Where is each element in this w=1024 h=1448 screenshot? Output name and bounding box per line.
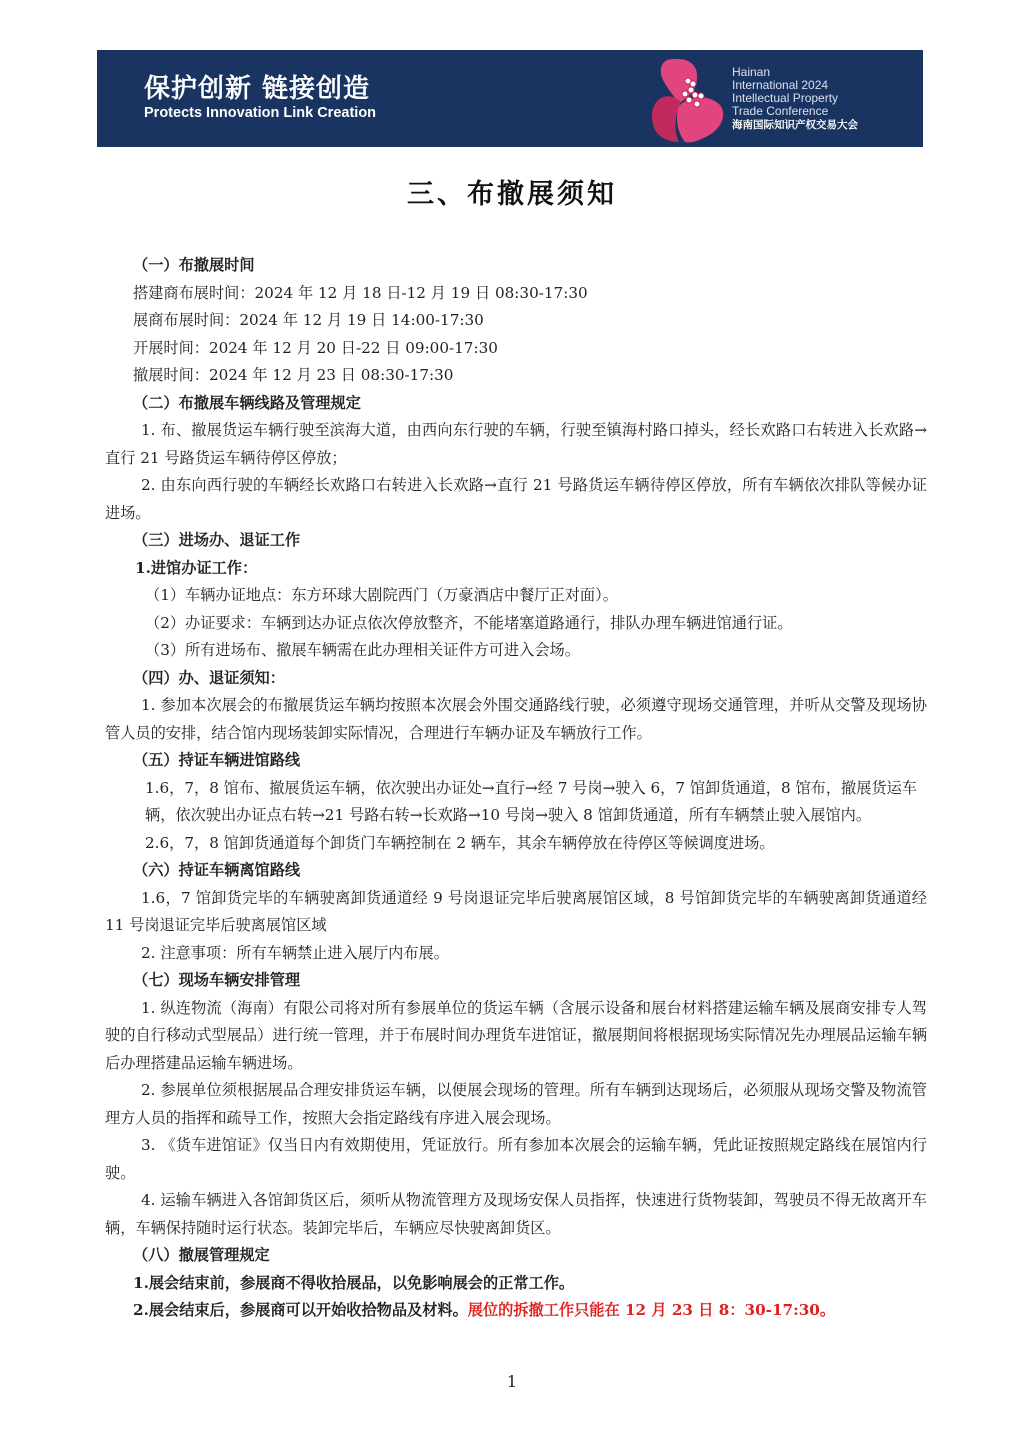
section-heading: （四）办、退证须知： (105, 665, 927, 693)
document-body: （一）布撤展时间 搭建商布展时间：2024 年 12 月 18 日-12 月 1… (105, 252, 927, 1325)
paragraph: 1. 纵连物流（海南）有限公司将对所有参展单位的货运车辆（含展示设备和展台材料搭… (105, 995, 927, 1078)
slogan-english: Protects Innovation Link Creation (144, 105, 376, 121)
logo-line: Trade Conference (732, 105, 858, 118)
paragraph: 1.6，7，8 馆布、撤展货运车辆，依次驶出办证处→直行→经 7 号岗→驶入 6… (105, 775, 927, 830)
item-text: 2.展会结束后，参展商可以开始收拾物品及材料。 (133, 1301, 468, 1319)
section-heading: （七）现场车辆安排管理 (105, 967, 927, 995)
schedule-line: 搭建商布展时间：2024 年 12 月 18 日-12 月 19 日 08:30… (105, 280, 927, 308)
highlighted-deadline: 展位的拆撤工作只能在 12 月 23 日 8：30-17:30。 (468, 1301, 835, 1319)
sub-heading: 1.进馆办证工作： (105, 555, 927, 583)
paragraph: 2. 参展单位须根据展品合理安排货运车辆，以便展会现场的管理。所有车辆到达现场后… (105, 1077, 927, 1132)
paragraph: 4. 运输车辆进入各馆卸货区后，须听从物流管理方及现场安保人员指挥，快速进行货物… (105, 1187, 927, 1242)
section-heading: （八）撤展管理规定 (105, 1242, 927, 1270)
list-item: （1）车辆办证地点：东方环球大剧院西门（万豪酒店中餐厅正对面）。 (105, 582, 927, 610)
schedule-line: 开展时间：2024 年 12 月 20 日-22 日 09:00-17:30 (105, 335, 927, 363)
section-heading: （一）布撤展时间 (105, 252, 927, 280)
paragraph: 1. 参加本次展会的布撤展货运车辆均按照本次展会外围交通路线行驶，必须遵守现场交… (105, 692, 927, 747)
paragraph: 3. 《货车进馆证》仅当日内有效期使用，凭证放行。所有参加本次展会的运输车辆，凭… (105, 1132, 927, 1187)
paragraph: 1.6，7 馆卸货完毕的车辆驶离卸货通道经 9 号岗退证完毕后驶离展馆区域，8 … (105, 885, 927, 940)
paragraph: 2. 注意事项：所有车辆禁止进入展厅内布展。 (105, 940, 927, 968)
header-banner: 保护创新 链接创造 Protects Innovation Link Creat… (97, 50, 923, 147)
schedule-line: 撤展时间：2024 年 12 月 23 日 08:30-17:30 (105, 362, 927, 390)
paragraph: 2.6，7，8 馆卸货通道每个卸货门车辆控制在 2 辆车，其余车辆停放在待停区等… (105, 830, 927, 858)
list-item: 1.展会结束前，参展商不得收拾展品，以免影响展会的正常工作。 (105, 1270, 927, 1298)
list-item: （2）办证要求：车辆到达办证点依次停放整齐，不能堵塞道路通行，排队办理车辆进馆通… (105, 610, 927, 638)
list-item: 2.展会结束后，参展商可以开始收拾物品及材料。展位的拆撤工作只能在 12 月 2… (105, 1297, 927, 1325)
slogan-chinese: 保护创新 链接创造 (144, 68, 370, 105)
section-heading: （六）持证车辆离馆路线 (105, 857, 927, 885)
page-number: 1 (0, 1372, 1024, 1391)
logo-line-chinese: 海南国际知识产权交易大会 (732, 119, 858, 132)
conference-name: Hainan International 2024 Intellectual P… (732, 66, 858, 132)
page-title: 三、布撤展须知 (0, 172, 1024, 211)
section-heading: （五）持证车辆进馆路线 (105, 747, 927, 775)
item-number-text: 1.展会结束前，参展商不得收拾展品，以免影响展会的正常工作。 (133, 1274, 574, 1292)
section-heading: （三）进场办、退证工作 (105, 527, 927, 555)
paragraph: 1. 布、撤展货运车辆行驶至滨海大道，由西向东行驶的车辆，行驶至镇海村路口掉头，… (105, 417, 927, 472)
paragraph: 2. 由东向西行驶的车辆经长欢路口右转进入长欢路→直行 21 号路货运车辆待停区… (105, 472, 927, 527)
section-heading: （二）布撤展车辆线路及管理规定 (105, 390, 927, 418)
list-item: （3）所有进场布、撤展车辆需在此办理相关证件方可进入会场。 (105, 637, 927, 665)
schedule-line: 展商布展时间：2024 年 12 月 19 日 14:00-17:30 (105, 307, 927, 335)
conference-logo-icon (645, 54, 735, 144)
